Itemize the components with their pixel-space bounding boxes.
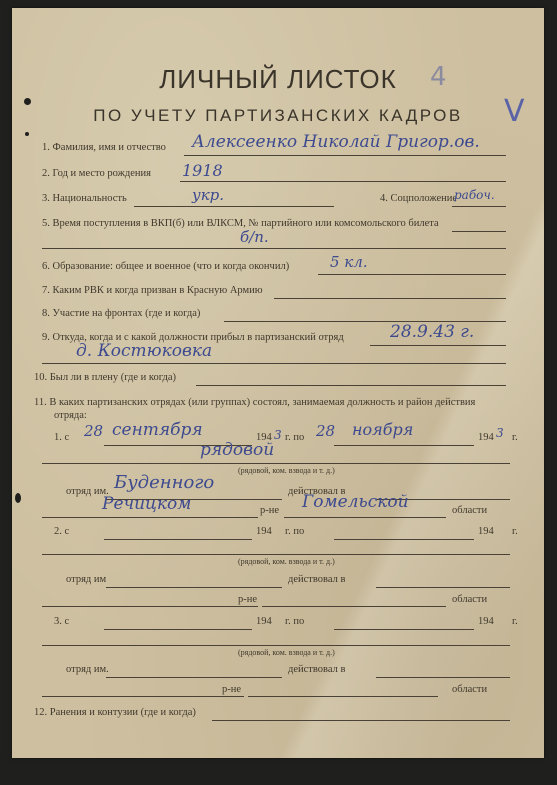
field-9-value[interactable]: 28.9.43 г. (390, 322, 474, 342)
field-5-line-b (42, 248, 506, 249)
field-1-value[interactable]: Алексеенко Николай Григор.ов. (192, 132, 480, 152)
entry-1-to-day[interactable]: 28 (316, 422, 335, 440)
entry-2-region-line (262, 606, 446, 607)
entry-3-position-line (42, 645, 510, 646)
field-4-value[interactable]: рабоч. (454, 188, 495, 202)
entry-2-num: 2. с (54, 526, 69, 537)
entry-1-to-year-hand[interactable]: 3 (496, 426, 504, 440)
field-12-line (212, 720, 510, 721)
entry-2-year-suffix: г. (512, 526, 518, 537)
field-6-label: 6. Образование: общее и военное (что и к… (42, 261, 289, 272)
entry-1-position-line (42, 463, 510, 464)
entry-2-district-label: р-не (238, 594, 257, 605)
document-subtitle: ПО УЧЕТУ ПАРТИЗАНСКИХ КАДРОВ (12, 106, 544, 126)
entry-2-position-line (42, 554, 510, 555)
field-9-line-b (42, 363, 506, 364)
field-11-label: 11. В каких партизанских отрядах (или гр… (34, 397, 475, 408)
entry-3-acted-line (376, 677, 510, 678)
entry-1-year-suffix: г. (512, 432, 518, 443)
field-10-line (196, 385, 506, 386)
entry-2-position-hint: (рядовой, ком. взвода и т. д.) (238, 557, 335, 566)
entry-1-district-label: р-не (260, 505, 279, 516)
field-3-line (134, 206, 334, 207)
entry-3-year-suffix: г. (512, 616, 518, 627)
margin-number: 4 (430, 62, 447, 92)
field-12-label: 12. Ранения и контузии (где и когда) (34, 707, 196, 718)
entry-1-district-line (42, 517, 258, 518)
entry-3-region-label: области (452, 684, 487, 695)
punch-hole (15, 493, 21, 503)
entry-3-from-year-prefix: 194 (256, 616, 272, 627)
entry-1-num: 1. с (54, 432, 69, 443)
field-4-label: 4. Соцположение (380, 193, 457, 204)
entry-1-to-label: г. по (285, 432, 304, 443)
entry-3-from-line (104, 629, 252, 630)
field-3-value[interactable]: укр. (192, 186, 224, 204)
field-1-line (184, 155, 506, 156)
entry-1-to-line (334, 445, 474, 446)
entry-2-to-line (334, 539, 474, 540)
field-2-value[interactable]: 1918 (182, 161, 223, 180)
entry-1-from-month[interactable]: сентября (112, 420, 203, 440)
entry-2-to-year-prefix: 194 (478, 526, 494, 537)
entry-3-to-year-prefix: 194 (478, 616, 494, 627)
entry-1-district[interactable]: Речицком (102, 494, 191, 514)
field-4-line (452, 206, 506, 207)
field-8-label: 8. Участие на фронтах (где и когда) (42, 308, 200, 319)
entry-1-to-year-prefix: 194 (478, 432, 494, 443)
entry-3-region-line (248, 696, 438, 697)
entry-3-to-label: г. по (285, 616, 304, 627)
entry-3-to-line (334, 629, 474, 630)
entry-1-to-month[interactable]: ноября (352, 420, 413, 439)
entry-3-position-hint: (рядовой, ком. взвода и т. д.) (238, 648, 335, 657)
entry-3-district-label: р-не (222, 684, 241, 695)
entry-3-district-line (42, 696, 244, 697)
entry-1-position-hint: (рядовой, ком. взвода и т. д.) (238, 466, 335, 475)
field-5-line-a (452, 231, 506, 232)
entry-2-unit-label: отряд им (66, 574, 106, 585)
entry-3-acted-label: действовал в (288, 664, 345, 675)
entry-1-unit[interactable]: Буденного (114, 472, 214, 493)
field-2-label: 2. Год и место рождения (42, 168, 151, 179)
field-7-label: 7. Каким РВК и когда призван в Красную А… (42, 285, 263, 296)
field-2-line (180, 181, 506, 182)
entry-3-unit-line (106, 677, 282, 678)
field-11-label-2: отряда: (54, 410, 87, 421)
punch-hole (24, 98, 31, 105)
entry-2-unit-line (106, 587, 282, 588)
entry-2-from-line (104, 539, 252, 540)
field-9-line-a (370, 345, 506, 346)
document-page: ЛИЧНЫЙ ЛИСТОК ПО УЧЕТУ ПАРТИЗАНСКИХ КАДР… (12, 8, 544, 758)
field-9-value-2[interactable]: д. Костюковка (76, 341, 212, 361)
entry-2-district-line (42, 606, 258, 607)
punch-hole (25, 132, 29, 136)
entry-3-unit-label: отряд им. (66, 664, 109, 675)
field-7-line (274, 298, 506, 299)
entry-1-position[interactable]: рядовой (200, 440, 274, 460)
field-1-label: 1. Фамилия, имя и отчество (42, 142, 166, 153)
check-mark-icon: V (504, 94, 525, 129)
entry-3-num: 3. с (54, 616, 69, 627)
entry-2-acted-label: действовал в (288, 574, 345, 585)
entry-1-from-day[interactable]: 28 (84, 422, 103, 440)
entry-2-from-year-prefix: 194 (256, 526, 272, 537)
field-6-line (318, 274, 506, 275)
field-5-value[interactable]: б/п. (240, 228, 269, 246)
entry-2-region-label: области (452, 594, 487, 605)
entry-1-region-label: области (452, 505, 487, 516)
entry-1-region-line (284, 517, 446, 518)
field-6-value[interactable]: 5 кл. (330, 253, 368, 271)
field-3-label: 3. Национальность (42, 193, 127, 204)
entry-1-region[interactable]: Гомельской (302, 492, 409, 512)
entry-2-acted-line (376, 587, 510, 588)
entry-2-to-label: г. по (285, 526, 304, 537)
entry-1-from-year-hand[interactable]: 3 (274, 428, 282, 442)
field-10-label: 10. Был ли в плену (где и когда) (34, 372, 176, 383)
document-title: ЛИЧНЫЙ ЛИСТОК (12, 64, 544, 95)
